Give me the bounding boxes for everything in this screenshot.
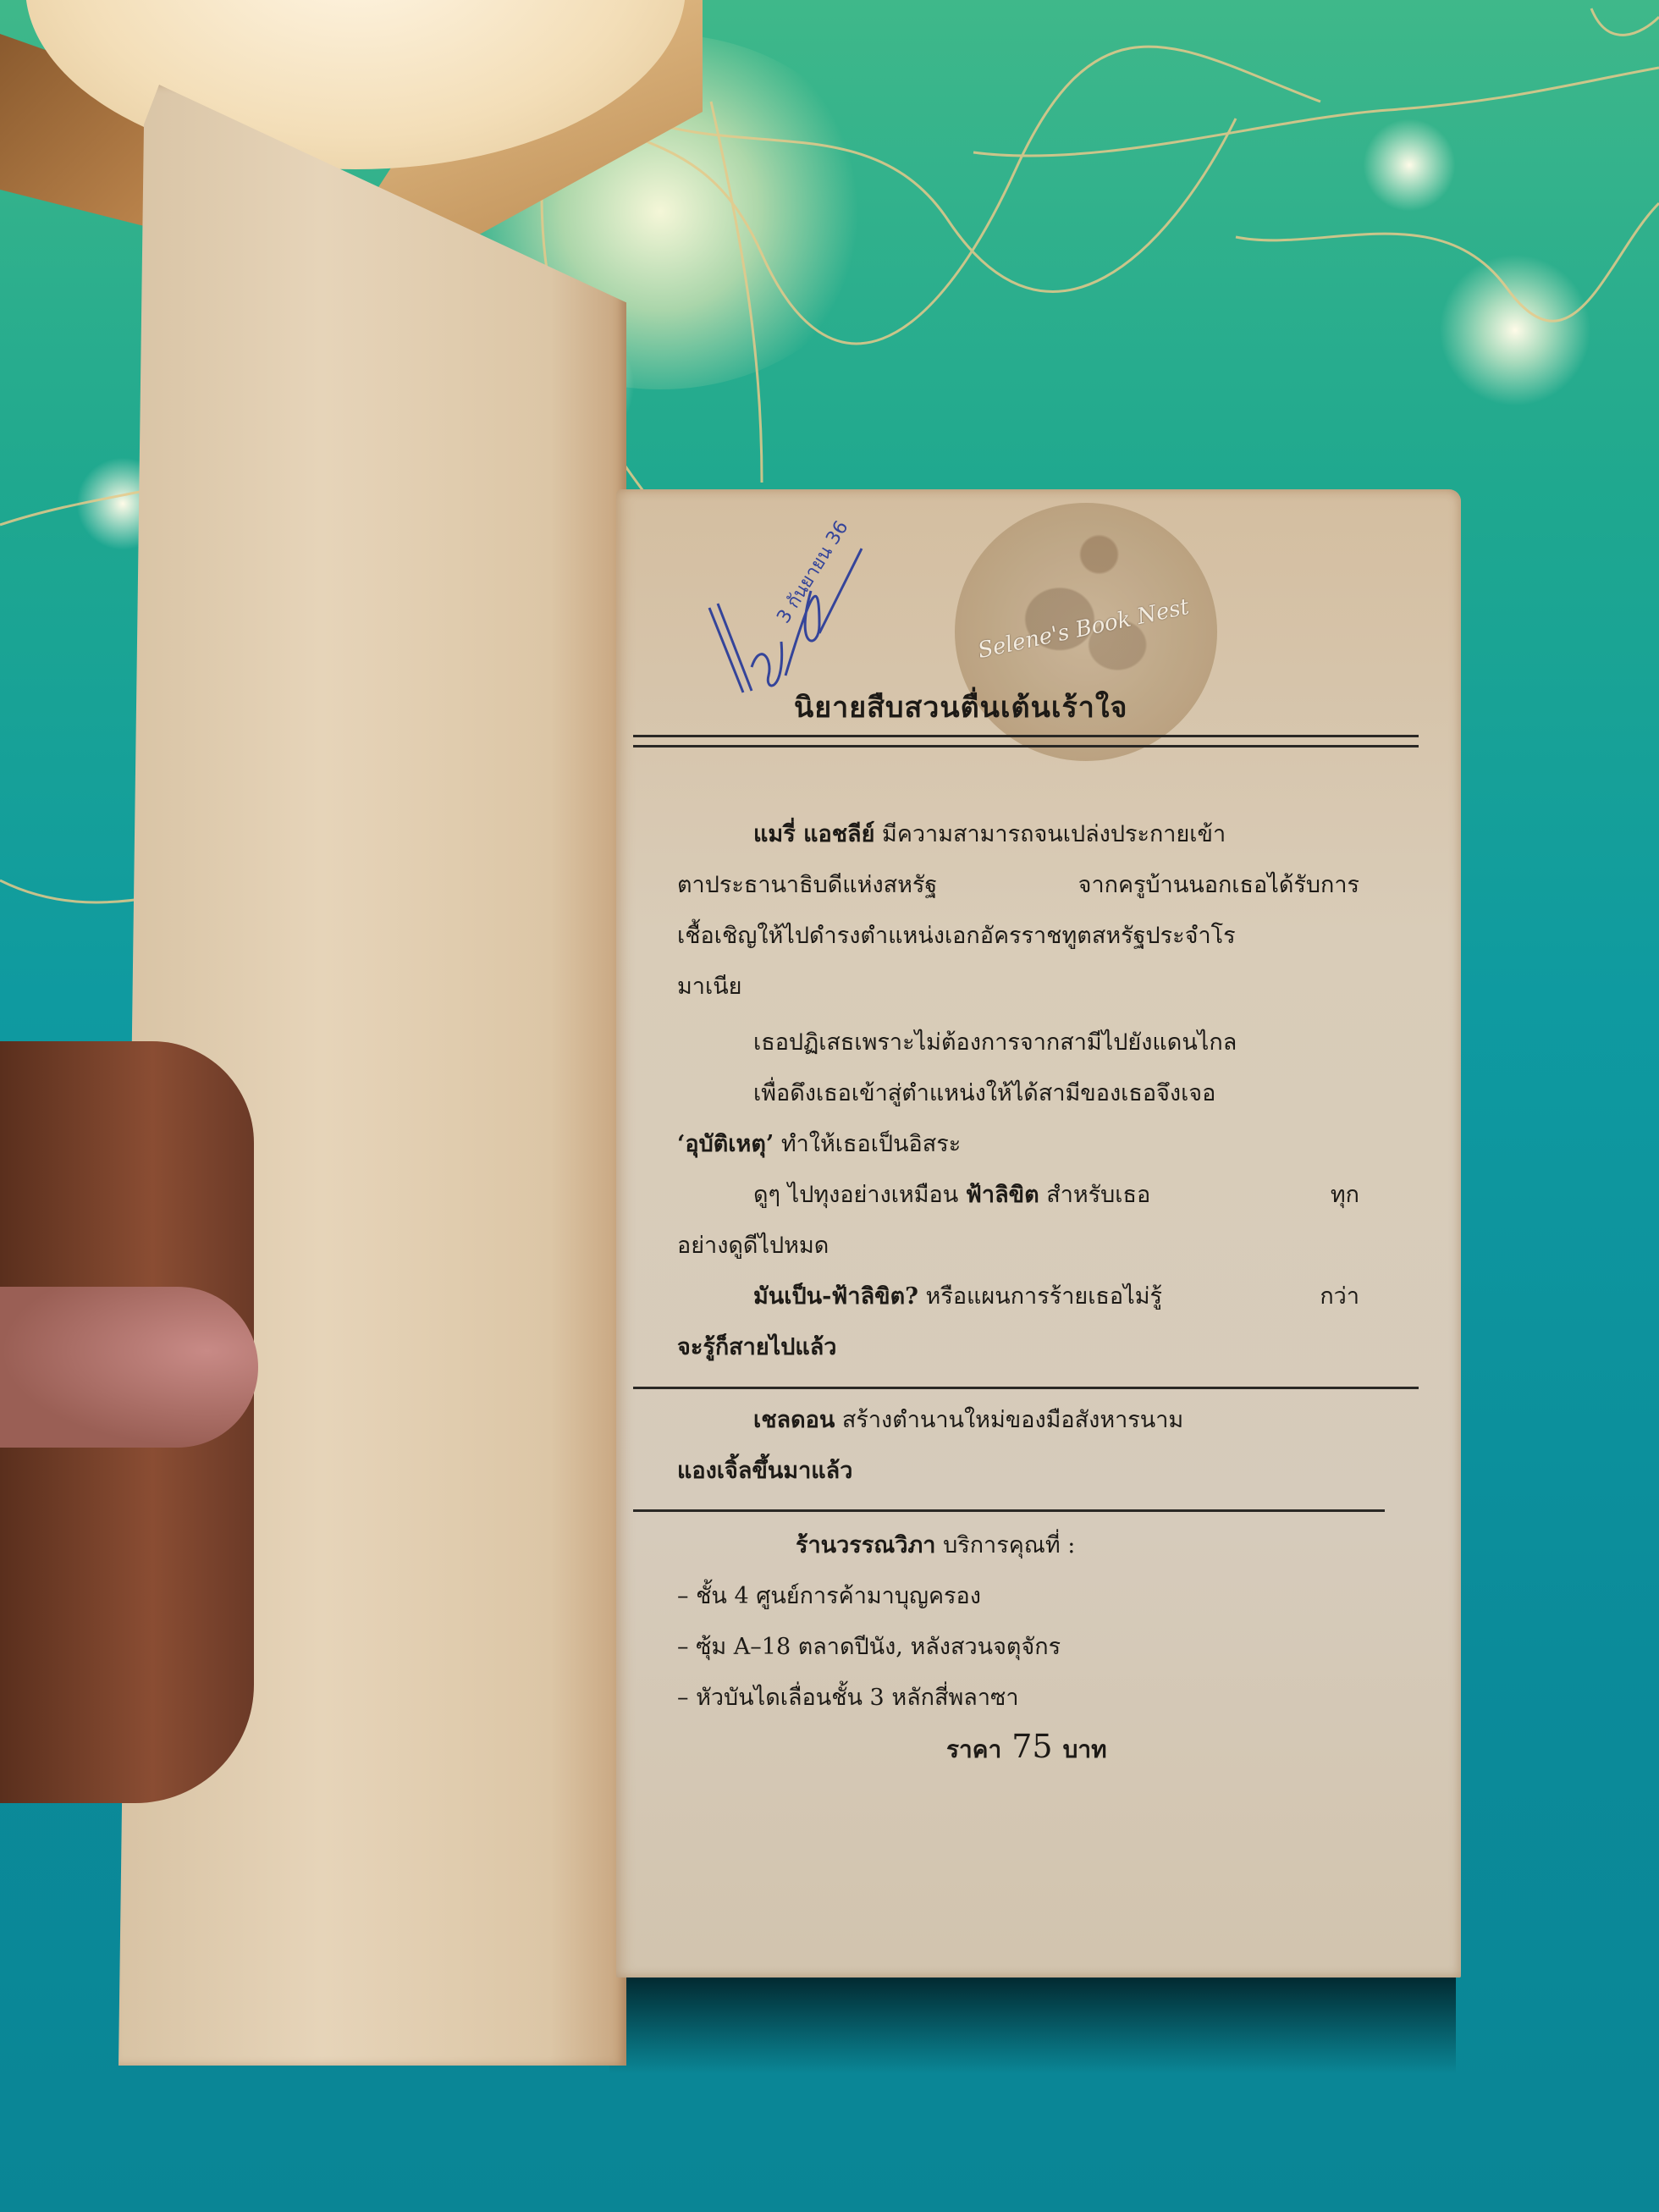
blurb-line: เธอปฏิเสธเพราะไม่ต้องการจากสามีไปยังแดนไ… — [677, 1018, 1359, 1068]
shop-name: ร้านวรรณวิภา — [796, 1532, 935, 1558]
blurb-emphasis: มันเป็น-ฟ้าลิขิต? — [753, 1283, 918, 1310]
character-name: แมรี่ แอชลีย์ — [753, 821, 874, 847]
shop-branch: – ชั้น 4 ศูนย์การค้ามาบุญครอง — [677, 1571, 1075, 1622]
shop-service-label: บริการคุณที่ : — [943, 1532, 1075, 1558]
blurb-line: จะรู้ก็สายไปแล้ว — [677, 1322, 1359, 1373]
price-currency: บาท — [1063, 1735, 1107, 1763]
blurb-line: ทำให้เธอเป็นอิสระ — [781, 1131, 961, 1157]
blurb-line: สำหรับเธอ — [1046, 1182, 1150, 1208]
blurb-line: มาเนีย — [677, 962, 1359, 1012]
book-page: 3 กันยายน 36 Selene's Book Nest นิยายสืบ… — [616, 489, 1461, 1978]
blurb-line: ทุก — [1331, 1170, 1359, 1221]
author-name: เชลดอน — [753, 1407, 835, 1433]
price-label: ราคา — [946, 1735, 1001, 1763]
shop-branch: – ซุ้ม A–18 ตลาดปีนัง, หลังสวนจตุจักร — [677, 1622, 1075, 1673]
blurb-line: มีความสามารถจนเปล่งประกายเข้า — [882, 821, 1226, 847]
double-rule-bottom — [633, 745, 1419, 747]
price-amount: 75 — [1001, 1728, 1062, 1765]
author-note-line: สร้างตำนานใหม่ของมือสังหารนาม — [842, 1407, 1183, 1433]
shop-branch: – หัวบันไดเลื่อนชั้น 3 หลักสี่พลาซา — [677, 1673, 1075, 1724]
fairy-light-glow — [1439, 254, 1591, 406]
blurb-line: เชื้อเชิญให้ไปดำรงตำแหน่งเอกอัครราชทูตสห… — [677, 911, 1359, 962]
blurb-line: จากครูบ้านนอกเธอได้รับการ — [1078, 860, 1359, 911]
blurb-line: ตาประธานาธิบดีแห่งสหรัฐ — [677, 860, 937, 911]
blurb-line: อย่างดูดีไปหมด — [677, 1221, 1359, 1271]
price: ราคา75บาท — [946, 1728, 1107, 1768]
blurb-line: หรือแผนการร้ายเธอไม่รู้ — [926, 1283, 1163, 1310]
book-shadow — [609, 1972, 1456, 2074]
shop-info: ร้านวรรณวิภา บริการคุณที่ : – ชั้น 4 ศูน… — [677, 1520, 1075, 1724]
blurb-line: ดูๆ ไปทุงอย่างเหมือน — [753, 1182, 958, 1208]
blurb-line: กว่า — [1320, 1271, 1359, 1322]
blurb-emphasis: ฟ้าลิขิต — [966, 1182, 1039, 1208]
section-rule — [633, 1509, 1385, 1512]
thumb — [0, 1287, 258, 1448]
section-rule — [633, 1387, 1419, 1389]
blurb-emphasis: ‘อุบัติเหตุ’ — [677, 1131, 774, 1157]
page-headline: นิยายสืบสวนตื่นเต้นเร้าใจ — [794, 684, 1127, 730]
author-note: เชลดอน สร้างตำนานใหม่ของมือสังหารนาม แอง… — [677, 1395, 1359, 1497]
blurb: แมรี่ แอชลีย์ มีความสามารถจนเปล่งประกายเ… — [677, 809, 1359, 1373]
author-note-line: แองเจิ้ลขึ้นมาแล้ว — [677, 1446, 1359, 1497]
fairy-light-glow — [1363, 119, 1456, 212]
blurb-line: เพื่อดึงเธอเข้าสู่ตำแหน่งให้ได้สามีของเธ… — [677, 1068, 1359, 1119]
double-rule-top — [633, 735, 1419, 737]
